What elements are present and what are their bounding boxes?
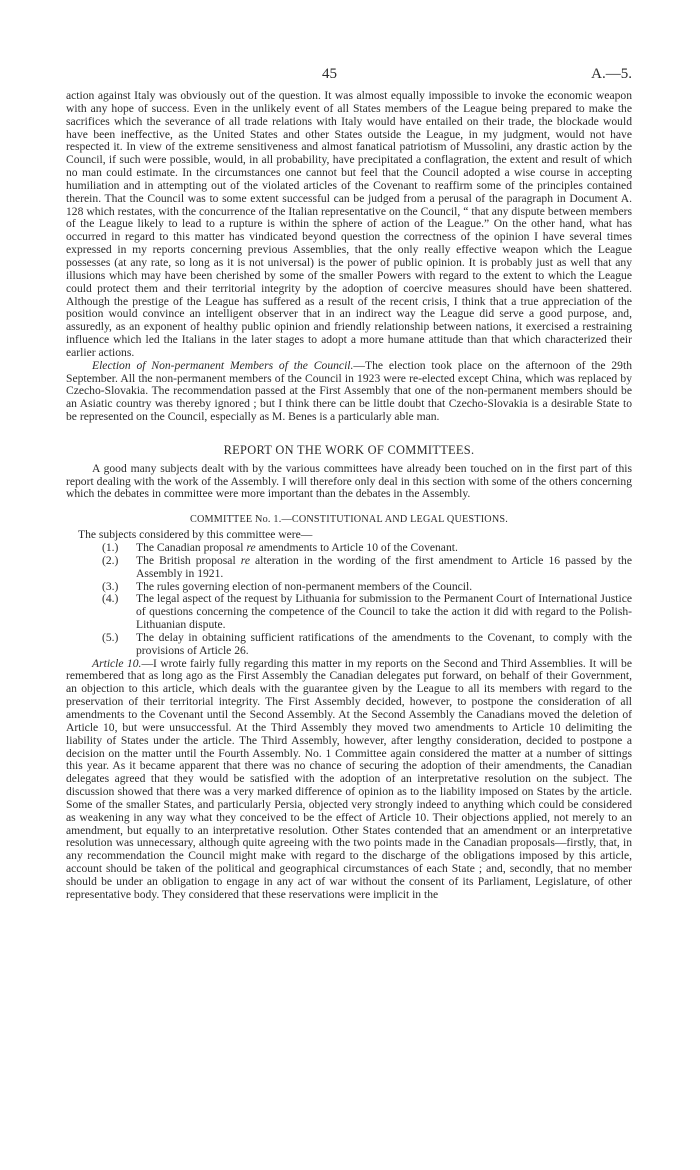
subjects-list: (1.)The Canadian proposal re amendments …	[66, 542, 632, 658]
document-reference: A.—5.	[591, 66, 632, 83]
list-text-italic: re	[246, 541, 255, 554]
paragraph-committees-intro: A good many subjects dealt with by the v…	[66, 463, 632, 502]
document-body: action against Italy was obviously out o…	[66, 90, 632, 902]
paragraph-italy: action against Italy was obviously out o…	[66, 90, 632, 360]
list-number: (1.)	[102, 542, 136, 555]
committee-heading: COMMITTEE No. 1.—CONSTITUTIONAL AND LEGA…	[66, 514, 632, 527]
list-item: (4.)The legal aspect of the request by L…	[66, 593, 632, 632]
section-heading: REPORT ON THE WORK OF COMMITTEES.	[66, 444, 632, 457]
run-in-heading-election: Election of Non-permanent Members of the…	[92, 359, 353, 372]
list-text: amendments to Article 10 of the Covenant…	[256, 541, 458, 554]
page-header: 45 A.—5.	[0, 66, 700, 84]
list-text: The delay in obtaining sufficient ratifi…	[136, 631, 632, 657]
list-number: (2.)	[102, 555, 136, 568]
list-item: (5.)The delay in obtaining sufficient ra…	[66, 632, 632, 658]
list-item: (2.)The British proposal re alteration i…	[66, 555, 632, 581]
list-number: (5.)	[102, 632, 136, 645]
paragraph-article-10-text: —I wrote fairly fully regarding this mat…	[66, 657, 632, 901]
list-text: The legal aspect of the request by Lithu…	[136, 592, 632, 631]
list-text: The rules governing election of non-perm…	[136, 580, 472, 593]
paragraph-article-10: Article 10.—I wrote fairly fully regardi…	[66, 658, 632, 902]
list-text: The Canadian proposal	[136, 541, 246, 554]
run-in-heading-article-10: Article 10.	[92, 657, 141, 670]
list-text-italic: re	[241, 554, 250, 567]
page-number: 45	[322, 66, 337, 83]
list-number: (4.)	[102, 593, 136, 606]
list-text: The British proposal	[136, 554, 241, 567]
paragraph-election: Election of Non-permanent Members of the…	[66, 360, 632, 424]
